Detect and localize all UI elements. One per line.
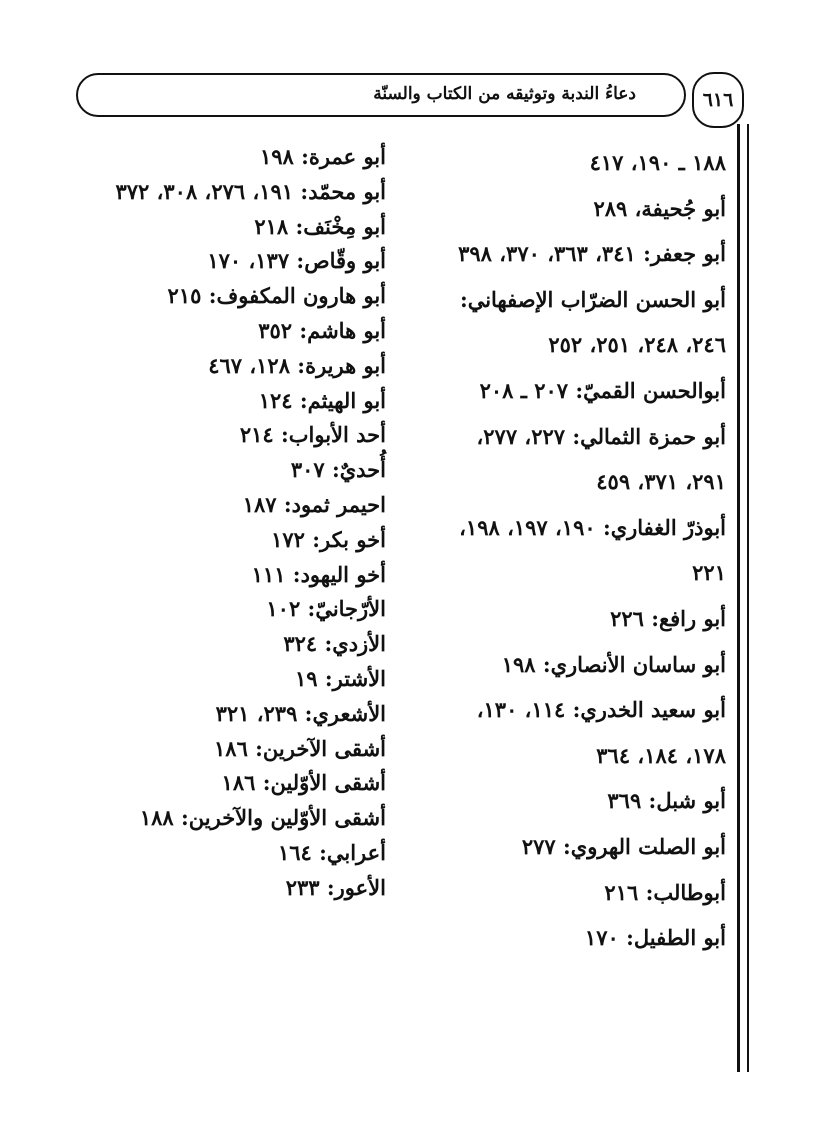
page-number: ٦١٦ bbox=[692, 72, 744, 128]
index-entry: الأعور: ٢٣٣ bbox=[56, 871, 386, 906]
index-column-left: أبو عمرة: ١٩٨ أبو محمّد: ١٩١، ٢٧٦، ٣٠٨، … bbox=[56, 140, 386, 906]
index-entry: أبو هريرة: ١٢٨، ٤٦٧ bbox=[56, 349, 386, 384]
index-entry: أشقى الأوّلين: ١٨٦ bbox=[56, 766, 386, 801]
index-entry: الأزدي: ٣٢٤ bbox=[56, 627, 386, 662]
index-entry: الأرّجانيّ: ١٠٢ bbox=[56, 592, 386, 627]
index-entry: أبو جعفر: ٣٤١، ٣٦٣، ٣٧٠، ٣٩٨ bbox=[396, 231, 726, 277]
index-entry: أبو وقّاص: ١٣٧، ١٧٠ bbox=[56, 244, 386, 279]
index-entry: أبو هارون المكفوف: ٢١٥ bbox=[56, 279, 386, 314]
margin-rule-thin bbox=[747, 124, 749, 1072]
index-entry: أبو الهيثم: ١٢٤ bbox=[56, 384, 386, 419]
index-entry: أبوالحسن القميّ: ٢٠٧ ـ ٢٠٨ bbox=[396, 368, 726, 414]
index-entry: أبوطالب: ٢١٦ bbox=[396, 870, 726, 916]
index-entry: أبو سعيد الخدري: ١١٤، ١٣٠، bbox=[396, 687, 726, 733]
index-entry: أبو ساسان الأنصاري: ١٩٨ bbox=[396, 642, 726, 688]
index-entry: أبو هاشم: ٣٥٢ bbox=[56, 314, 386, 349]
index-entry: أعرابي: ١٦٤ bbox=[56, 836, 386, 871]
index-entry: احيمر ثمود: ١٨٧ bbox=[56, 488, 386, 523]
running-header: دعاءُ الندبة وتوثيقه من الكتاب والسنّة bbox=[76, 73, 686, 117]
index-entry: ١٧٨، ١٨٤، ٣٦٤ bbox=[396, 733, 726, 779]
index-entry: أبو شبل: ٣٦٩ bbox=[396, 778, 726, 824]
index-entry: أخو اليهود: ١١١ bbox=[56, 558, 386, 593]
index-entry: أبو الحسن الضرّاب الإصفهاني: bbox=[396, 277, 726, 323]
index-entry: ٢٩١، ٣٧١، ٤٥٩ bbox=[396, 459, 726, 505]
index-entry: ٢٤٦، ٢٤٨، ٢٥١، ٢٥٢ bbox=[396, 322, 726, 368]
index-entry: أبو جُحيفة، ٢٨٩ bbox=[396, 186, 726, 232]
index-entry: ٢٢١ bbox=[396, 550, 726, 596]
book-page: دعاءُ الندبة وتوثيقه من الكتاب والسنّة ٦… bbox=[0, 0, 826, 1147]
index-entry: أُحديٌ: ٣٠٧ bbox=[56, 453, 386, 488]
index-entry: أشقى الآخرين: ١٨٦ bbox=[56, 732, 386, 767]
index-entry: أبو مِخْنَف: ٢١٨ bbox=[56, 210, 386, 245]
index-entry: أبو محمّد: ١٩١، ٢٧٦، ٣٠٨، ٣٧٢ bbox=[56, 175, 386, 210]
index-entry: أبو حمزة الثمالي: ٢٢٧، ٢٧٧، bbox=[396, 414, 726, 460]
index-entry: أبو الطفيل: ١٧٠ bbox=[396, 915, 726, 961]
index-entry: أشقى الأوّلين والآخرين: ١٨٨ bbox=[56, 801, 386, 836]
margin-rule-thick bbox=[737, 124, 740, 1072]
index-entry: أبو عمرة: ١٩٨ bbox=[56, 140, 386, 175]
index-entry: أبوذرّ الغفاري: ١٩٠، ١٩٧، ١٩٨، bbox=[396, 505, 726, 551]
index-entry: الأشعري: ٢٣٩، ٣٢١ bbox=[56, 697, 386, 732]
index-entry: أبو الصلت الهروي: ٢٧٧ bbox=[396, 824, 726, 870]
index-column-right: ١٨٨ ـ ١٩٠، ٤١٧ أبو جُحيفة، ٢٨٩ أبو جعفر:… bbox=[396, 140, 726, 961]
index-entry: ١٨٨ ـ ١٩٠، ٤١٧ bbox=[396, 140, 726, 186]
index-entry: الأشتر: ١٩ bbox=[56, 662, 386, 697]
index-entry: أحد الأبواب: ٢١٤ bbox=[56, 418, 386, 453]
book-title: دعاءُ الندبة وتوثيقه من الكتاب والسنّة bbox=[373, 84, 636, 104]
index-entry: أبو رافع: ٢٢٦ bbox=[396, 596, 726, 642]
index-entry: أخو بكر: ١٧٢ bbox=[56, 523, 386, 558]
